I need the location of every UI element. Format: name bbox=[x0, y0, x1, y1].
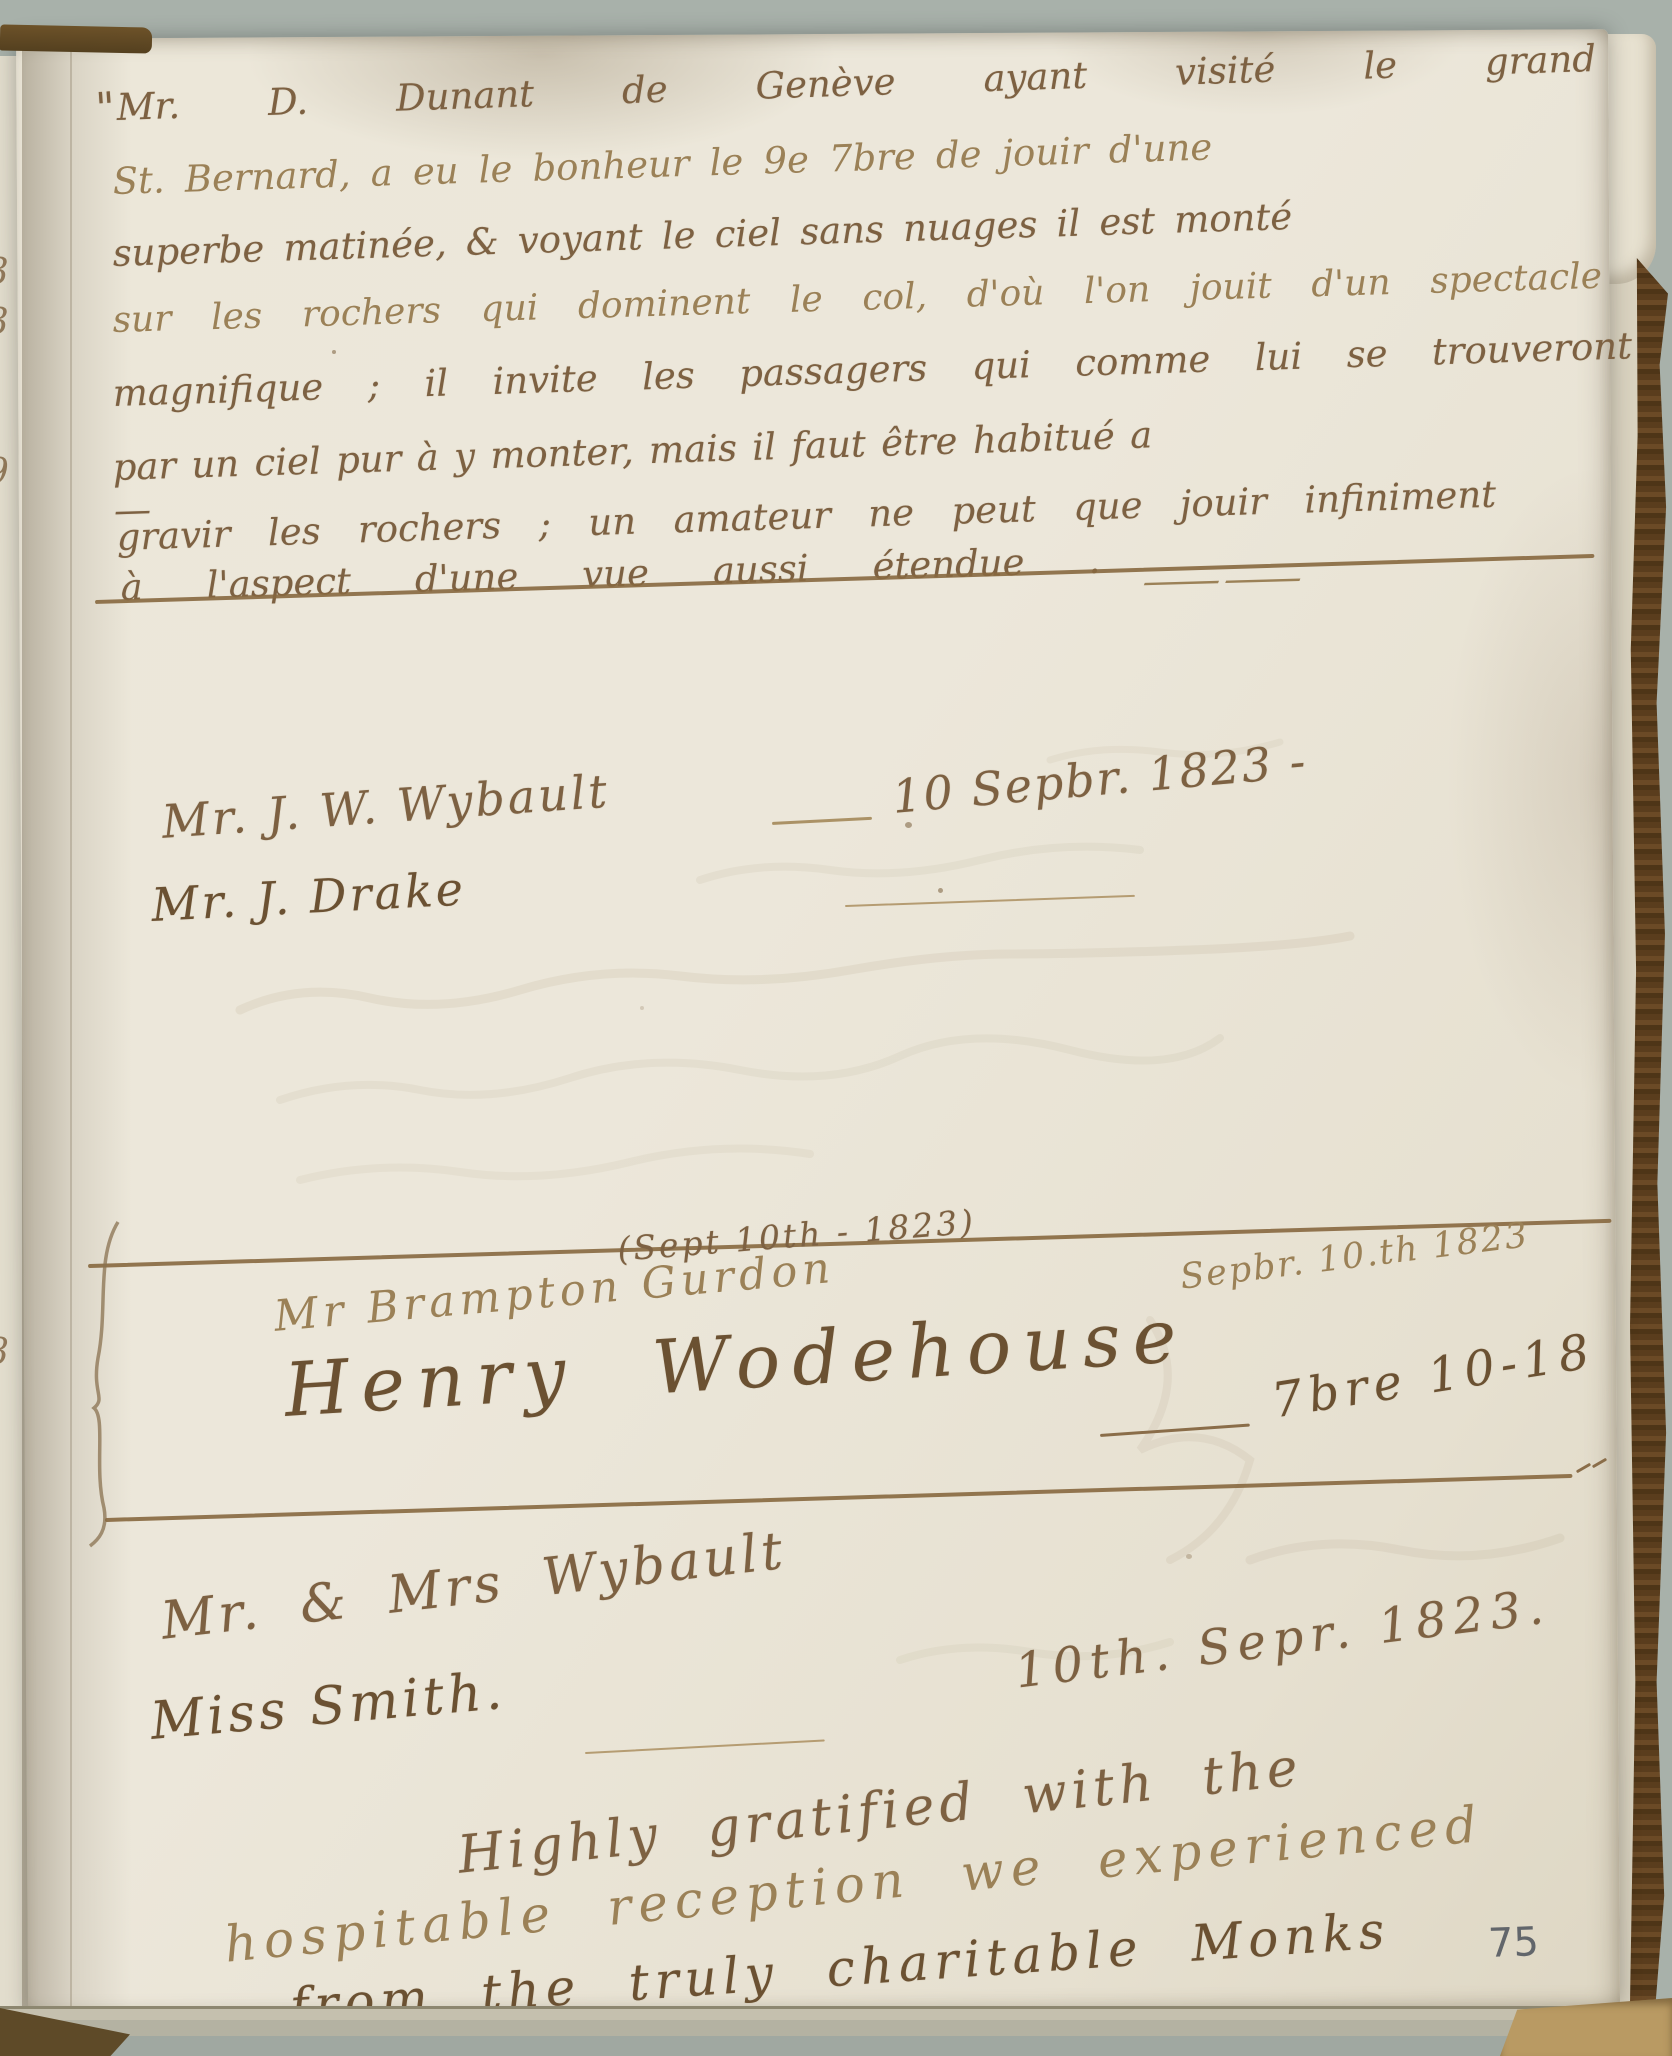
open-quote-mark: " bbox=[94, 83, 117, 133]
pencil-page-number: 75 bbox=[1487, 1919, 1539, 1967]
gutter-fragment: 3 bbox=[0, 302, 9, 343]
scanner-background: 3 3 9 8 " Mr. D. Dunant de Genève ayant … bbox=[0, 0, 1672, 2056]
ink-spot bbox=[332, 350, 336, 354]
gutter-fragment: 8 bbox=[0, 1332, 9, 1373]
bottom-page-edges bbox=[0, 2006, 1672, 2056]
ink-spot bbox=[905, 822, 912, 828]
ink-spot bbox=[1186, 1554, 1192, 1559]
fold-crease bbox=[70, 40, 72, 2008]
ink-spot bbox=[938, 888, 943, 893]
gutter-fragment: 3 bbox=[0, 252, 9, 293]
ink-spot bbox=[640, 1006, 644, 1010]
gutter-strip: 3 3 9 8 bbox=[0, 0, 24, 2056]
fore-edge-binding bbox=[1630, 258, 1668, 2038]
gutter-fragment: 9 bbox=[0, 452, 9, 493]
